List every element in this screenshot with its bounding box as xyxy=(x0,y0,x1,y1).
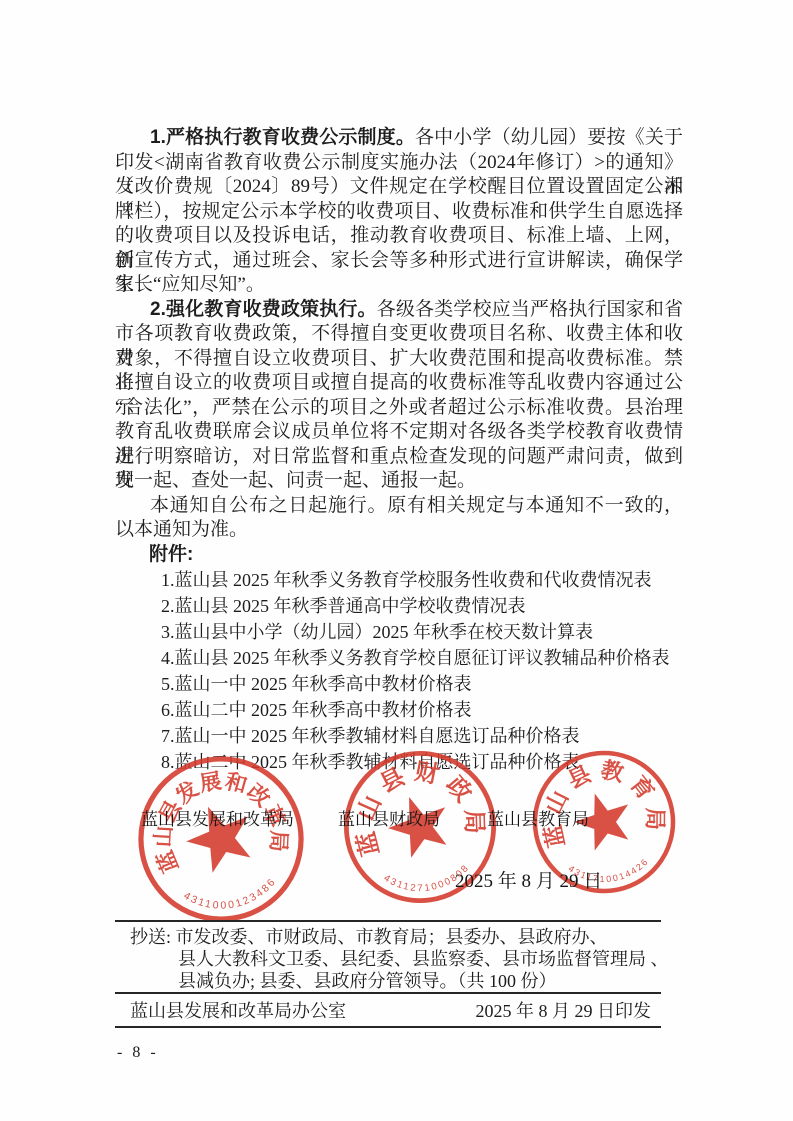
cc-block: 抄送: 市发改委、市财政局、市教育局；县委办、县政府办、 县人大教科文卫委、县纪… xyxy=(115,926,661,992)
footer-divider-bottom xyxy=(115,1026,661,1028)
seal-graphic: 蓝山县发展和改革局4311000123486 xyxy=(120,738,322,940)
document-page: 1.严格执行教育收费公示制度。各中小学（幼儿园）要按《关于印发<湖南省教育收费公… xyxy=(0,0,793,1121)
body-line-p3: 本通知自公布之日起施行。原有相关规定与本通知不一致的， xyxy=(115,494,683,519)
attachment-item: 5.蓝山一中 2025 年秋季高中教材价格表 xyxy=(115,671,683,697)
body-line-p2: “合法化”，严禁在公示的项目之外或者超过公示标准收费。县治理 xyxy=(115,396,683,421)
body-line-p2: 将擅自设立的收费项目或擅自提高的收费标准等乱收费内容通过公示 xyxy=(115,371,683,396)
body-line-p1: 1.严格执行教育收费公示制度。各中小学（幼儿园）要按《关于 xyxy=(115,126,683,151)
body-line-p2: 教育乱收费联席会议成员单位将不定期对各级各类学校教育收费情况 xyxy=(115,420,683,445)
body-line-p2: 进行明察暗访，对日常监督和重点检查发现的问题严肃问责，做到发 xyxy=(115,445,683,470)
attachment-item: 6.蓝山二中 2025 年秋季高中教材价格表 xyxy=(115,697,683,723)
attachment-item: 3.蓝山县中小学（幼儿园）2025 年秋季在校天数计算表 xyxy=(115,619,683,645)
cc-line: 县人大教科文卫委、县纪委、县监察委、县市场监督管理局 、 xyxy=(115,948,661,970)
cc-line: 县减负办; 县委、县政府分管领导。（共 100 份） xyxy=(115,970,661,992)
agency-name: 蓝山县发展和改革局 xyxy=(141,810,294,830)
issuer-row: 蓝山县发展和改革局办公室 2025 年 8 月 29 日印发 xyxy=(115,999,661,1023)
official-seal-1: 蓝山县发展和改革局4311000123486 xyxy=(120,738,322,940)
body-line-p1: 印发<湖南省教育收费公示制度实施办法（2024年修订）>的通知》（湘 xyxy=(115,151,683,176)
attachment-item: 4.蓝山县 2025 年秋季义务教育学校自愿征订评议教辅品种价格表 xyxy=(115,645,683,671)
paragraph-lead: 1.严格执行教育收费公示制度。 xyxy=(150,127,415,148)
footer-divider-top xyxy=(115,920,661,922)
print-date: 2025 年 8 月 29 日印发 xyxy=(476,999,652,1023)
notice-body: 1.严格执行教育收费公示制度。各中小学（幼儿园）要按《关于印发<湖南省教育收费公… xyxy=(115,126,683,775)
footer-divider-middle xyxy=(115,992,661,994)
body-line-p2: 现一起、查处一起、问责一起、通报一起。 xyxy=(115,469,683,494)
body-line-p1: 家长“应知尽知”。 xyxy=(115,273,683,298)
body-line-p3: 以本通知为准。 xyxy=(115,518,683,543)
agency-name: 蓝山县教育局 xyxy=(487,810,589,830)
body-line-p1: （栏），按规定公示本学校的收费项目、收费标准和供学生自愿选择 xyxy=(115,200,683,225)
body-line-p2: 对象，不得擅自设立收费项目、扩大收费范围和提高收费标准。禁止 xyxy=(115,347,683,372)
page-number: - 8 - xyxy=(117,1044,159,1062)
cc-line: 抄送: 市发改委、市财政局、市教育局；县委办、县政府办、 xyxy=(115,926,661,948)
body-line-p1: 新宣传方式，通过班会、家长会等多种形式进行宣讲解读，确保学生 xyxy=(115,249,683,274)
issue-date: 2025 年 8 月 29 日 xyxy=(455,866,602,893)
body-line-p1: 发改价费规〔2024〕89号）文件规定在学校醒目位置设置固定公示牌 xyxy=(115,175,683,200)
attachment-item: 1.蓝山县 2025 年秋季义务教育学校服务性收费和代收费情况表 xyxy=(115,567,683,593)
agency-name: 蓝山县财政局 xyxy=(338,810,440,830)
attachment-item: 2.蓝山县 2025 年秋季普通高中学校收费情况表 xyxy=(115,593,683,619)
body-line-p2: 2.强化教育收费政策执行。各级各类学校应当严格执行国家和省 xyxy=(115,298,683,323)
body-line-p1: 的收费项目以及投诉电话，推动教育收费项目、标准上墙、上网，创 xyxy=(115,224,683,249)
body-line-p2: 市各项教育收费政策，不得擅自变更收费项目名称、收费主体和收费 xyxy=(115,322,683,347)
attachments-heading: 附件: xyxy=(115,543,683,568)
issuing-office: 蓝山县发展和改革局办公室 xyxy=(130,999,346,1023)
paragraph-lead: 2.强化教育收费政策执行。 xyxy=(150,299,377,320)
attachment-item: 7.蓝山一中 2025 年秋季教辅材料自愿选订品种价格表 xyxy=(115,723,683,749)
